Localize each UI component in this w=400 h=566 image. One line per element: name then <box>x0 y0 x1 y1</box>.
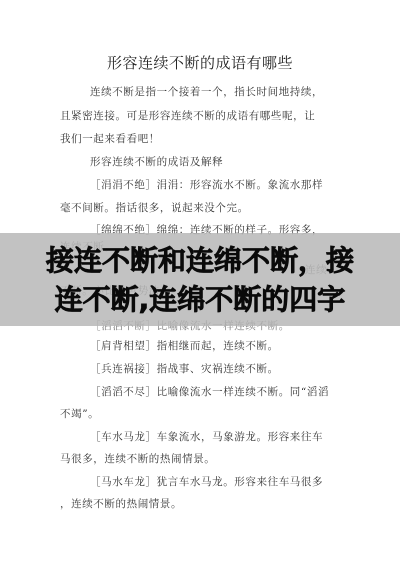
entry-7-line-1: ［车水马龙］车象流水，马象游龙。形容来往车 <box>90 429 323 444</box>
entry-4-line-1: ［肩背相望］指相继而起，连续不断。 <box>90 338 279 353</box>
document-title: 形容连续不断的成语有哪些 <box>0 52 400 73</box>
entry-6-line-2: 不竭”。 <box>60 406 99 421</box>
entry-6-line-1: ［滔滔不尽］比喻像流水一样连续不断。同“滔滔 <box>90 384 329 399</box>
entry-8-line-1: ［马水车龙］犹言车水马龙。形容来往车马很多 <box>90 474 323 489</box>
entry-7-line-2: 马很多，连续不断的热闹情景。 <box>60 451 215 466</box>
entry-5-line-1: ［兵连祸接］指战事、灾祸连续不断。 <box>90 361 279 376</box>
headline-line-1: 接连不断和连绵不断，接 <box>0 242 400 280</box>
entry-1-line-2: 毫不间断。指话很多，说起来没个完。 <box>60 200 249 215</box>
intro-line-2: 且紧密连接。可是形容连续不断的成语有哪些呢，让 <box>60 108 315 123</box>
entry-1-line-1: ［涓涓不绝］涓涓：形容流水不断。象流水那样 <box>90 177 323 192</box>
intro-line-1: 连续不断是指一个接着一个，指长时间地持续， <box>90 84 323 99</box>
intro-line-3: 我们一起来看看吧！ <box>60 131 160 146</box>
headline-line-2: 连不断,连绵不断的四字 <box>0 281 400 319</box>
section-heading: 形容连续不断的成语及解释 <box>90 154 223 169</box>
entry-8-line-2: ，连续不断的热闹情景。 <box>60 496 182 511</box>
